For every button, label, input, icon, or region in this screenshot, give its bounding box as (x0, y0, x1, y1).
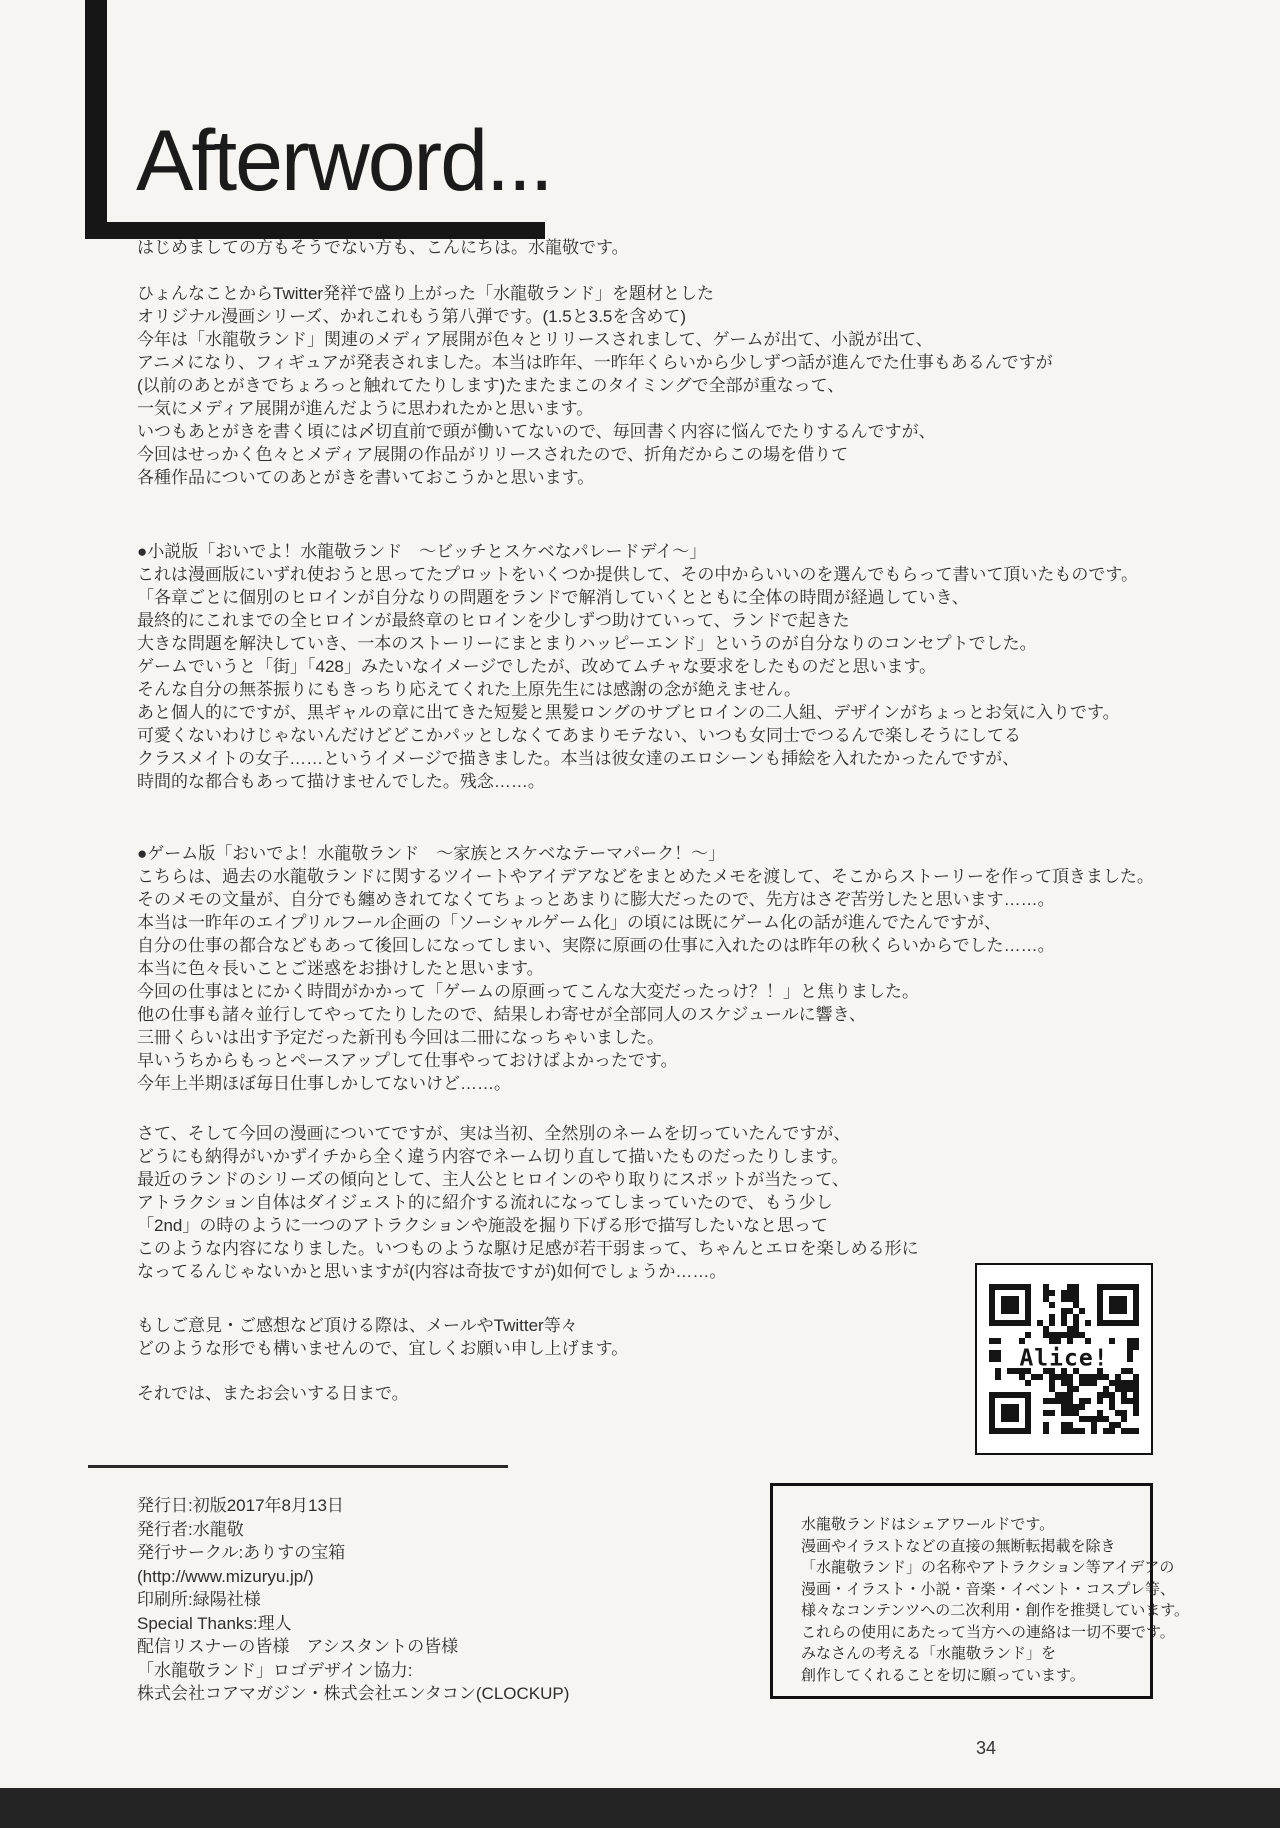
afterword-paragraph-intro: ひょんなことからTwitter発祥で盛り上がった「水龍敬ランド」を題材とした オ… (137, 282, 1053, 489)
qr-label: Alice! (989, 1345, 1139, 1371)
afterword-paragraph-manga: さて、そして今回の漫画についてですが、実は当初、全然別のネームを切っていたんです… (137, 1122, 919, 1283)
title-side-bar (85, 0, 107, 239)
afterword-paragraph-feedback: もしご意見・ご感想など頂ける際は、メールやTwitter等々 どのような形でも構… (137, 1314, 628, 1360)
colophon: 発行日:初版2017年8月13日 発行者:水龍敬 発行サークル:ありすの宝箱 (… (137, 1494, 569, 1706)
afterword-paragraph-greeting: はじめましての方もそうでない方も、こんにちは。水龍敬です。 (137, 236, 629, 259)
page-number: 34 (976, 1738, 996, 1759)
qr-code: Alice! (975, 1263, 1153, 1455)
afterword-paragraph-farewell: それでは、またお会いする日まで。 (137, 1382, 409, 1405)
colophon-divider (88, 1465, 508, 1468)
afterword-paragraph-game: ●ゲーム版「おいでよ！水龍敬ランド 〜家族とスケベなテーマパーク！〜」 こちらは… (137, 842, 1154, 1095)
afterword-paragraph-novel: ●小説版「おいでよ！水龍敬ランド 〜ビッチとスケベなパレードデイ〜」 これは漫画… (137, 540, 1138, 793)
bottom-edge-bar (0, 1788, 1280, 1828)
page-title: Afterword... (136, 112, 552, 211)
qr-code-inner: Alice! (989, 1284, 1139, 1434)
afterword-page: Afterword... はじめましての方もそうでない方も、こんにちは。水龍敬で… (0, 0, 1280, 1828)
license-box: 水龍敬ランドはシェアワールドです。 漫画やイラストなどの直接の無断転掲載を除き … (770, 1483, 1153, 1699)
license-text: 水龍敬ランドはシェアワールドです。 漫画やイラストなどの直接の無断転掲載を除き … (801, 1514, 1189, 1686)
